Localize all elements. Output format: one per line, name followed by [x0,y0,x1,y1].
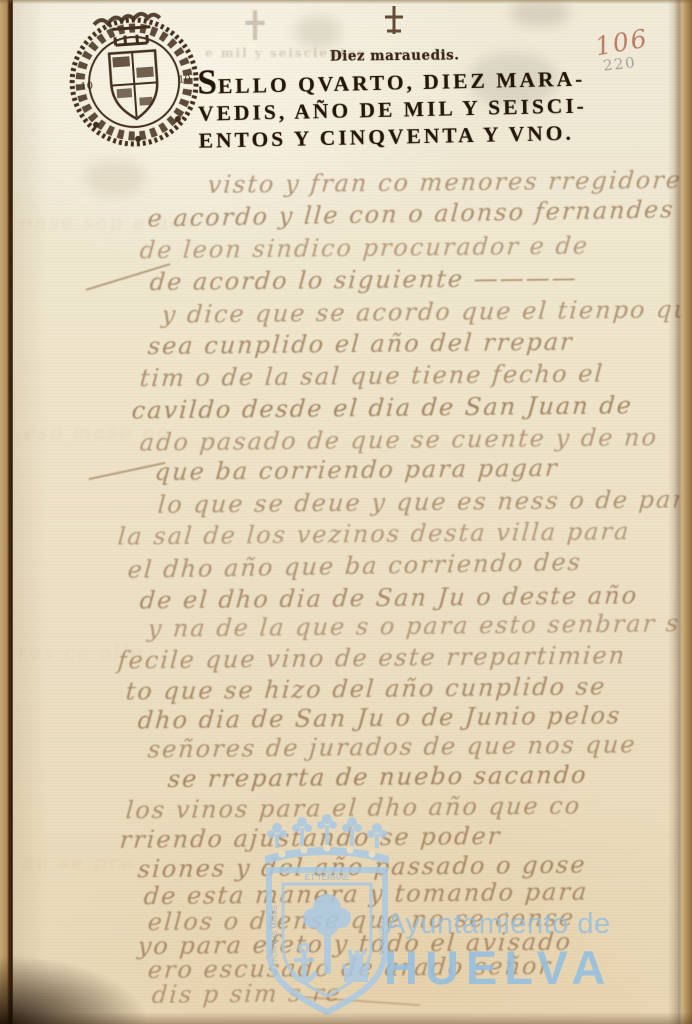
fiscal-stamp-text: SELLO QVARTO, DIEZ MARA- VEDIS, AÑO DE M… [197,59,651,154]
page-top-edge [0,0,692,4]
folio-number-pencil: 220 [602,53,637,74]
manuscript-line: que ba corriendo para pagar [154,454,560,486]
manuscript-line: sea cunplido el año del rrepar [147,328,575,360]
manuscript-line: señores de jurados de que nos que [147,730,638,763]
manuscript-line: cavildo desde el dia de San Juan de [131,391,634,424]
shield-motto-top: ET TERRAE [305,873,350,882]
manuscript-line: dho dia de San Ju o de Junio pelos [137,701,623,734]
bleedthrough-cross-icon [242,8,268,42]
manuscript-scan-page: 10 10 e mil y seiscientos Diez marauedis… [0,0,692,1024]
royal-seal-stamp-icon: 10 10 [53,0,215,161]
manuscript-line: lo que se deue y que es ness o de partir [157,485,692,519]
manuscript-line: y dice que se acordo que el tienpo que [161,295,692,329]
manuscript-line: y na de la que s o para esto senbrar se [147,609,692,643]
cross-ornament-icon [383,4,405,36]
manuscript-line: fecile que vino de este rrepartimien [117,641,628,674]
shield-motto-left: PORTUS MARIS [270,905,279,962]
seal-value-left: 10 [80,81,93,93]
huelva-coat-of-arms-icon: ET TERRAE PORTUS MARIS CUSTODIA [252,812,402,1024]
manuscript-line: la sal de los vezinos desta villa para [117,517,632,550]
page-right-edge [668,0,692,1024]
watermark-line2: HUELVA [384,940,612,995]
fiscal-initial: S [197,62,218,101]
seal-value-right: 10 [178,74,191,86]
manuscript-line: to que se hizo del año cunplido se [125,672,608,705]
ink-stain [295,16,341,48]
manuscript-line: visto y fran co menores rregidores e se [207,165,692,199]
fiscal-stamp-header: Diez marauedis. [330,47,470,64]
manuscript-line: de acordo lo siguiente ———— [149,264,579,296]
manuscript-line: de leon sindico procurador e de [139,232,590,265]
manuscript-line: se rreparta de nuebo sacando [167,761,589,793]
watermark-line1: Ayuntamiento de [386,908,611,941]
manuscript-line: tim o de la sal que tiene fecho el [139,360,605,393]
ink-stain [86,160,146,196]
manuscript-line: ado pasado de que se cuente y de no [139,423,659,456]
binding-shadow [0,954,150,1024]
